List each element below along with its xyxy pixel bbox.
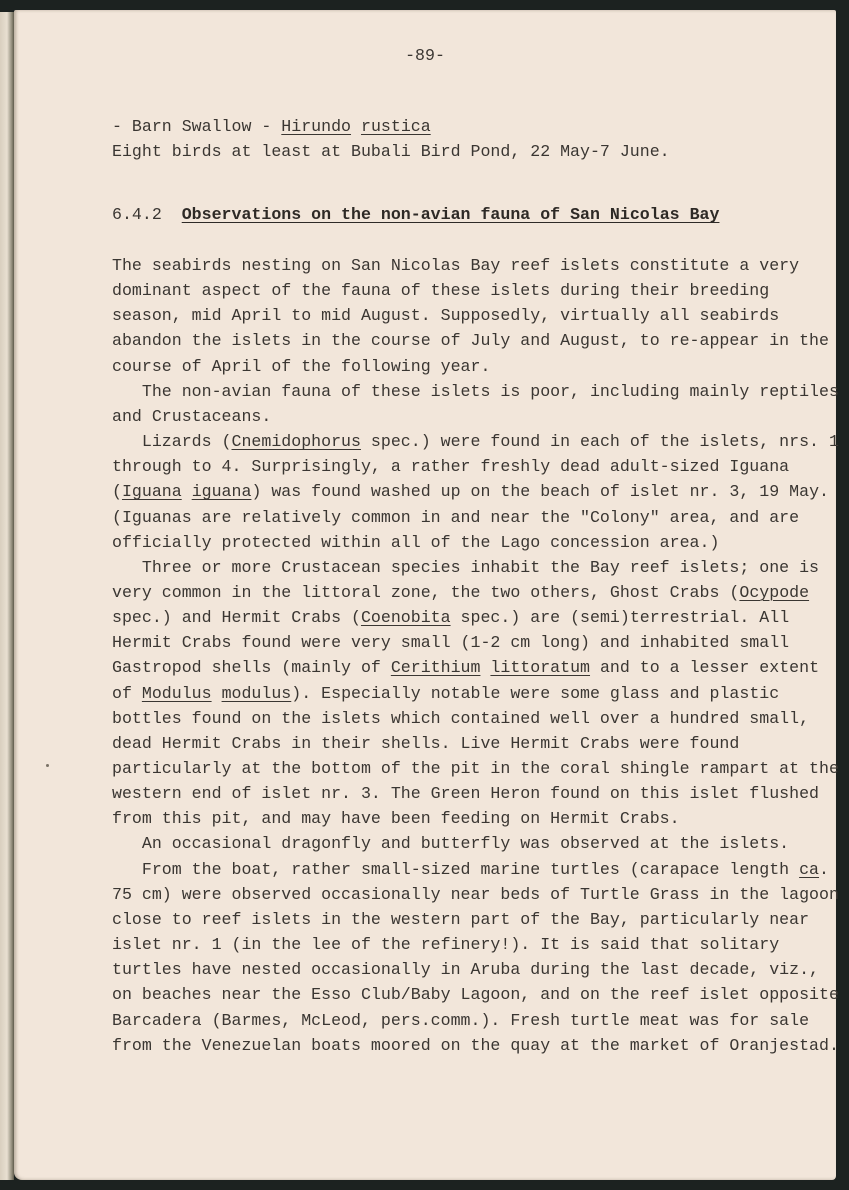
document-page: -89- - Barn Swallow - Hirundo rustica Ei… — [14, 10, 836, 1180]
text-segment: and Crustaceans. — [112, 407, 271, 426]
section-heading: 6.4.2 Observations on the non-avian faun… — [112, 205, 719, 225]
body-line: Hermit Crabs found were very small (1-2 … — [112, 633, 789, 653]
body-line: An occasional dragonfly and butterfly wa… — [112, 834, 789, 854]
text-segment: and to a lesser extent — [590, 658, 819, 677]
scientific-name: Coenobita — [361, 608, 451, 627]
text-segment: course of April of the following year. — [112, 357, 490, 376]
section-number: 6.4.2 — [112, 205, 162, 224]
text-segment: turtles have nested occasionally in Arub… — [112, 960, 819, 979]
body-line: very common in the littoral zone, the tw… — [112, 583, 809, 603]
text-segment: from this pit, and may have been feeding… — [112, 809, 680, 828]
species-entry-note: Eight birds at least at Bubali Bird Pond… — [112, 142, 670, 162]
text-segment: spec.) were found in each of the islets,… — [361, 432, 839, 451]
body-line: season, mid April to mid August. Suppose… — [112, 306, 779, 326]
text-segment: The non-avian fauna of these islets is p… — [112, 382, 839, 401]
text-segment: from the Venezuelan boats moored on the … — [112, 1036, 839, 1055]
body-line: from this pit, and may have been feeding… — [112, 809, 680, 829]
text-segment: The seabirds nesting on San Nicolas Bay … — [112, 256, 799, 275]
text-segment: ) was found washed up on the beach of is… — [251, 482, 829, 501]
body-line: bottles found on the islets which contai… — [112, 709, 809, 729]
text-segment: Lizards ( — [112, 432, 232, 451]
body-line: particularly at the bottom of the pit in… — [112, 759, 839, 779]
text-segment: western end of islet nr. 3. The Green He… — [112, 784, 819, 803]
species-epithet: rustica — [361, 117, 431, 136]
section-title: Observations on the non-avian fauna of S… — [182, 205, 720, 224]
text-segment: Hermit Crabs found were very small (1-2 … — [112, 633, 789, 652]
body-line: course of April of the following year. — [112, 357, 490, 377]
body-line: (Iguana iguana) was found washed up on t… — [112, 482, 829, 502]
body-line: through to 4. Surprisingly, a rather fre… — [112, 457, 789, 477]
body-line: Three or more Crustacean species inhabit… — [112, 558, 819, 578]
body-line: The seabirds nesting on San Nicolas Bay … — [112, 256, 799, 276]
scanned-page-frame: -89- - Barn Swallow - Hirundo rustica Ei… — [0, 0, 849, 1190]
species-common-name: - Barn Swallow - — [112, 117, 281, 136]
text-segment: islet nr. 1 (in the lee of the refinery!… — [112, 935, 779, 954]
text-segment: particularly at the bottom of the pit in… — [112, 759, 839, 778]
text-segment: 75 cm) were observed occasionally near b… — [112, 885, 839, 904]
body-line: close to reef islets in the western part… — [112, 910, 809, 930]
body-line: Barcadera (Barmes, McLeod, pers.comm.). … — [112, 1011, 809, 1031]
body-line: spec.) and Hermit Crabs (Coenobita spec.… — [112, 608, 789, 628]
text-segment: . — [819, 860, 829, 879]
body-line: abandon the islets in the course of July… — [112, 331, 829, 351]
body-line: islet nr. 1 (in the lee of the refinery!… — [112, 935, 779, 955]
scientific-name: Cnemidophorus — [232, 432, 361, 451]
body-line: and Crustaceans. — [112, 407, 271, 427]
text-segment: close to reef islets in the western part… — [112, 910, 809, 929]
species-genus: Hirundo — [281, 117, 351, 136]
text-segment: through to 4. Surprisingly, a rather fre… — [112, 457, 789, 476]
text-segment — [480, 658, 490, 677]
text-segment: (Iguanas are relatively common in and ne… — [112, 508, 799, 527]
scientific-name: Iguana — [122, 482, 182, 501]
body-line: dominant aspect of the fauna of these is… — [112, 281, 769, 301]
text-segment: abandon the islets in the course of July… — [112, 331, 829, 350]
scientific-name: modulus — [222, 684, 292, 703]
text-segment: spec.) are (semi)terrestrial. All — [451, 608, 790, 627]
text-segment: Three or more Crustacean species inhabit… — [112, 558, 819, 577]
scientific-name: Modulus — [142, 684, 212, 703]
species-entry-heading: - Barn Swallow - Hirundo rustica — [112, 117, 431, 137]
text-segment: officially protected within all of the L… — [112, 533, 719, 552]
scan-speck — [46, 764, 49, 767]
body-line: From the boat, rather small-sized marine… — [112, 860, 829, 880]
body-line: turtles have nested occasionally in Arub… — [112, 960, 819, 980]
text-segment: season, mid April to mid August. Suppose… — [112, 306, 779, 325]
body-line: (Iguanas are relatively common in and ne… — [112, 508, 799, 528]
text-segment: on beaches near the Esso Club/Baby Lagoo… — [112, 985, 839, 1004]
body-line: from the Venezuelan boats moored on the … — [112, 1036, 839, 1056]
body-line: The non-avian fauna of these islets is p… — [112, 382, 839, 402]
body-line: on beaches near the Esso Club/Baby Lagoo… — [112, 985, 839, 1005]
text-segment: Gastropod shells (mainly of — [112, 658, 391, 677]
body-line: officially protected within all of the L… — [112, 533, 719, 553]
text-segment: ( — [112, 482, 122, 501]
text-segment: spec.) and Hermit Crabs ( — [112, 608, 361, 627]
body-line: Gastropod shells (mainly of Cerithium li… — [112, 658, 819, 678]
scientific-name: iguana — [192, 482, 252, 501]
text-segment — [182, 482, 192, 501]
text-segment: dead Hermit Crabs in their shells. Live … — [112, 734, 739, 753]
body-line: 75 cm) were observed occasionally near b… — [112, 885, 839, 905]
scientific-name: ca — [799, 860, 819, 879]
page-number: -89- — [14, 46, 836, 65]
text-segment — [212, 684, 222, 703]
book-binding-edge — [0, 12, 14, 1180]
body-line: dead Hermit Crabs in their shells. Live … — [112, 734, 739, 754]
text-segment: bottles found on the islets which contai… — [112, 709, 809, 728]
text-segment: ). Especially notable were some glass an… — [291, 684, 779, 703]
text-segment: An occasional dragonfly and butterfly wa… — [112, 834, 789, 853]
scientific-name: littoratum — [490, 658, 590, 677]
text-segment: dominant aspect of the fauna of these is… — [112, 281, 769, 300]
text-segment: of — [112, 684, 142, 703]
scientific-name: Cerithium — [391, 658, 481, 677]
body-line: Lizards (Cnemidophorus spec.) were found… — [112, 432, 839, 452]
scientific-name: Ocypode — [739, 583, 809, 602]
body-line: of Modulus modulus). Especially notable … — [112, 684, 779, 704]
body-line: western end of islet nr. 3. The Green He… — [112, 784, 819, 804]
text-segment: Barcadera (Barmes, McLeod, pers.comm.). … — [112, 1011, 809, 1030]
text-segment: From the boat, rather small-sized marine… — [112, 860, 799, 879]
text-segment: very common in the littoral zone, the tw… — [112, 583, 739, 602]
